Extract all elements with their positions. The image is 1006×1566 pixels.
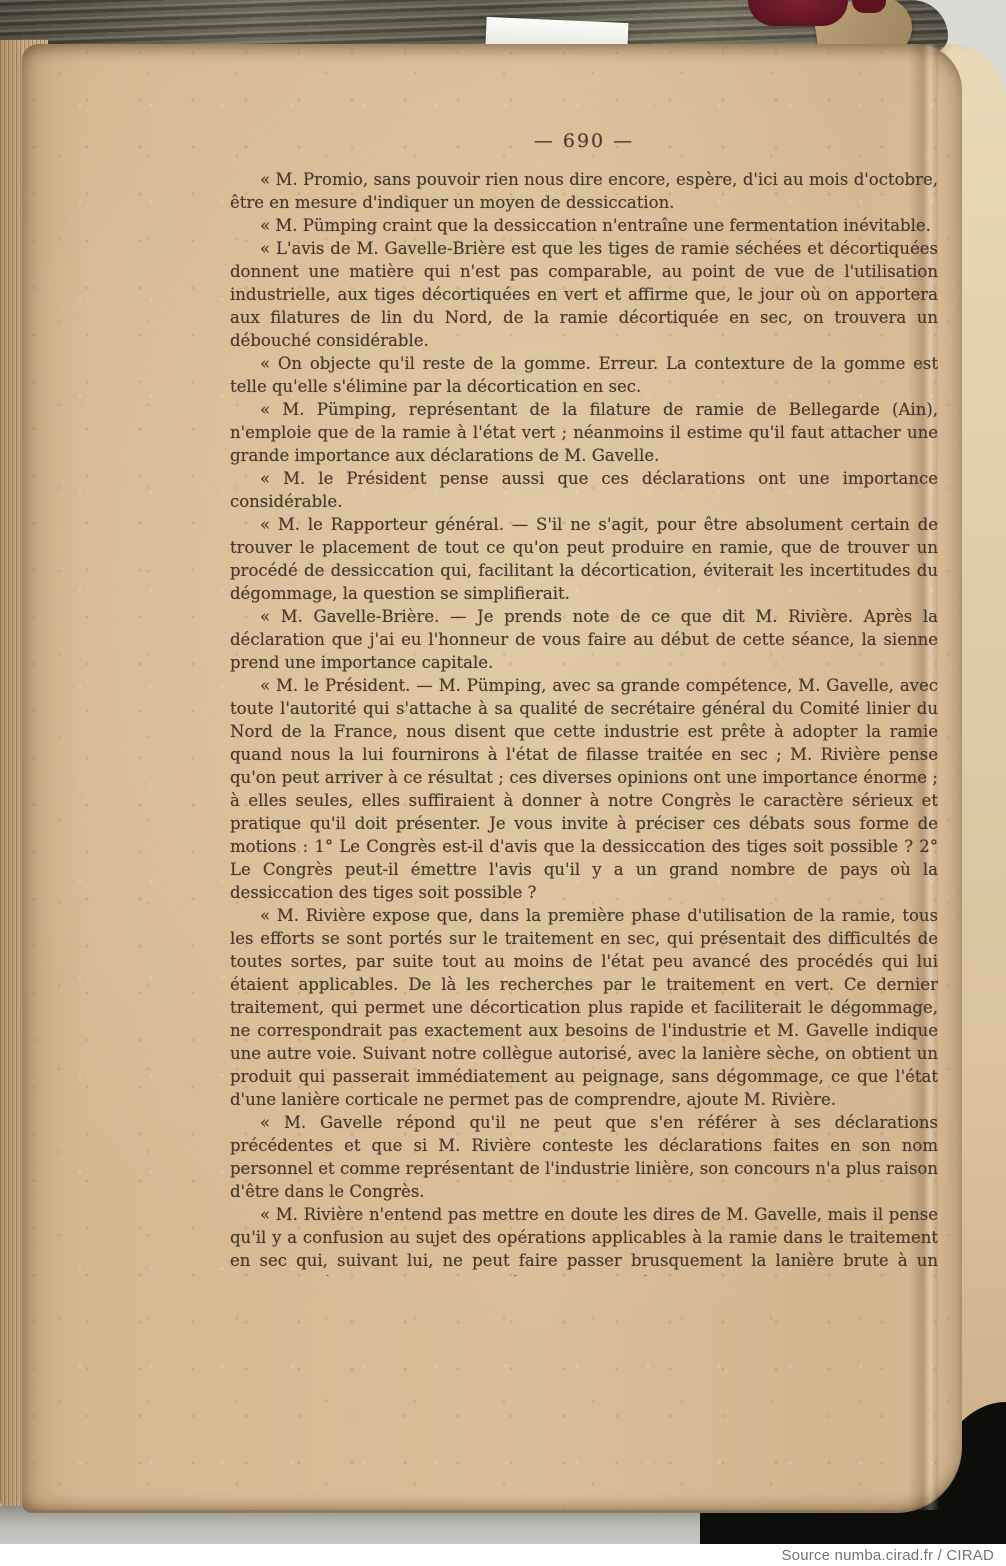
page-paragraph: « On objecte qu'il reste de la gomme. Er… (230, 352, 938, 398)
page-paragraph: « L'avis de M. Gavelle-Brière est que le… (230, 237, 938, 352)
scanned-book-photo: — 690 — « M. Promio, sans pouvoir rien n… (0, 0, 1006, 1566)
page-number: — 690 — (230, 130, 938, 152)
page-paragraph: « M. le Président. — M. Pümping, avec sa… (230, 674, 938, 904)
page-paragraph: « M. Rivière n'entend pas mettre en dout… (230, 1203, 938, 1276)
page-paragraph: « M. Rivière expose que, dans la premièr… (230, 904, 938, 1111)
page-paragraph: « M. le Rapporteur général. — S'il ne s'… (230, 513, 938, 605)
attribution-text: Source numba.cirad.fr / CIRAD (781, 1547, 1006, 1564)
page-paragraph: « M. Pümping, représentant de la filatur… (230, 398, 938, 467)
page-paragraph: « M. le Président pense aussi que ces dé… (230, 467, 938, 513)
page-paragraph: « M. Pümping craint que la dessiccation … (230, 214, 938, 237)
printed-text-column: — 690 — « M. Promio, sans pouvoir rien n… (230, 130, 938, 1276)
page-paragraph: « M. Promio, sans pouvoir rien nous dire… (230, 168, 938, 214)
book-page: — 690 — « M. Promio, sans pouvoir rien n… (22, 44, 962, 1513)
page-paragraph: « M. Gavelle répond qu'il ne peut que s'… (230, 1111, 938, 1203)
page-paragraph: « M. Gavelle-Brière. — Je prends note de… (230, 605, 938, 674)
attribution-bar: Source numba.cirad.fr / CIRAD (0, 1544, 1006, 1566)
book-headband (748, 0, 848, 26)
